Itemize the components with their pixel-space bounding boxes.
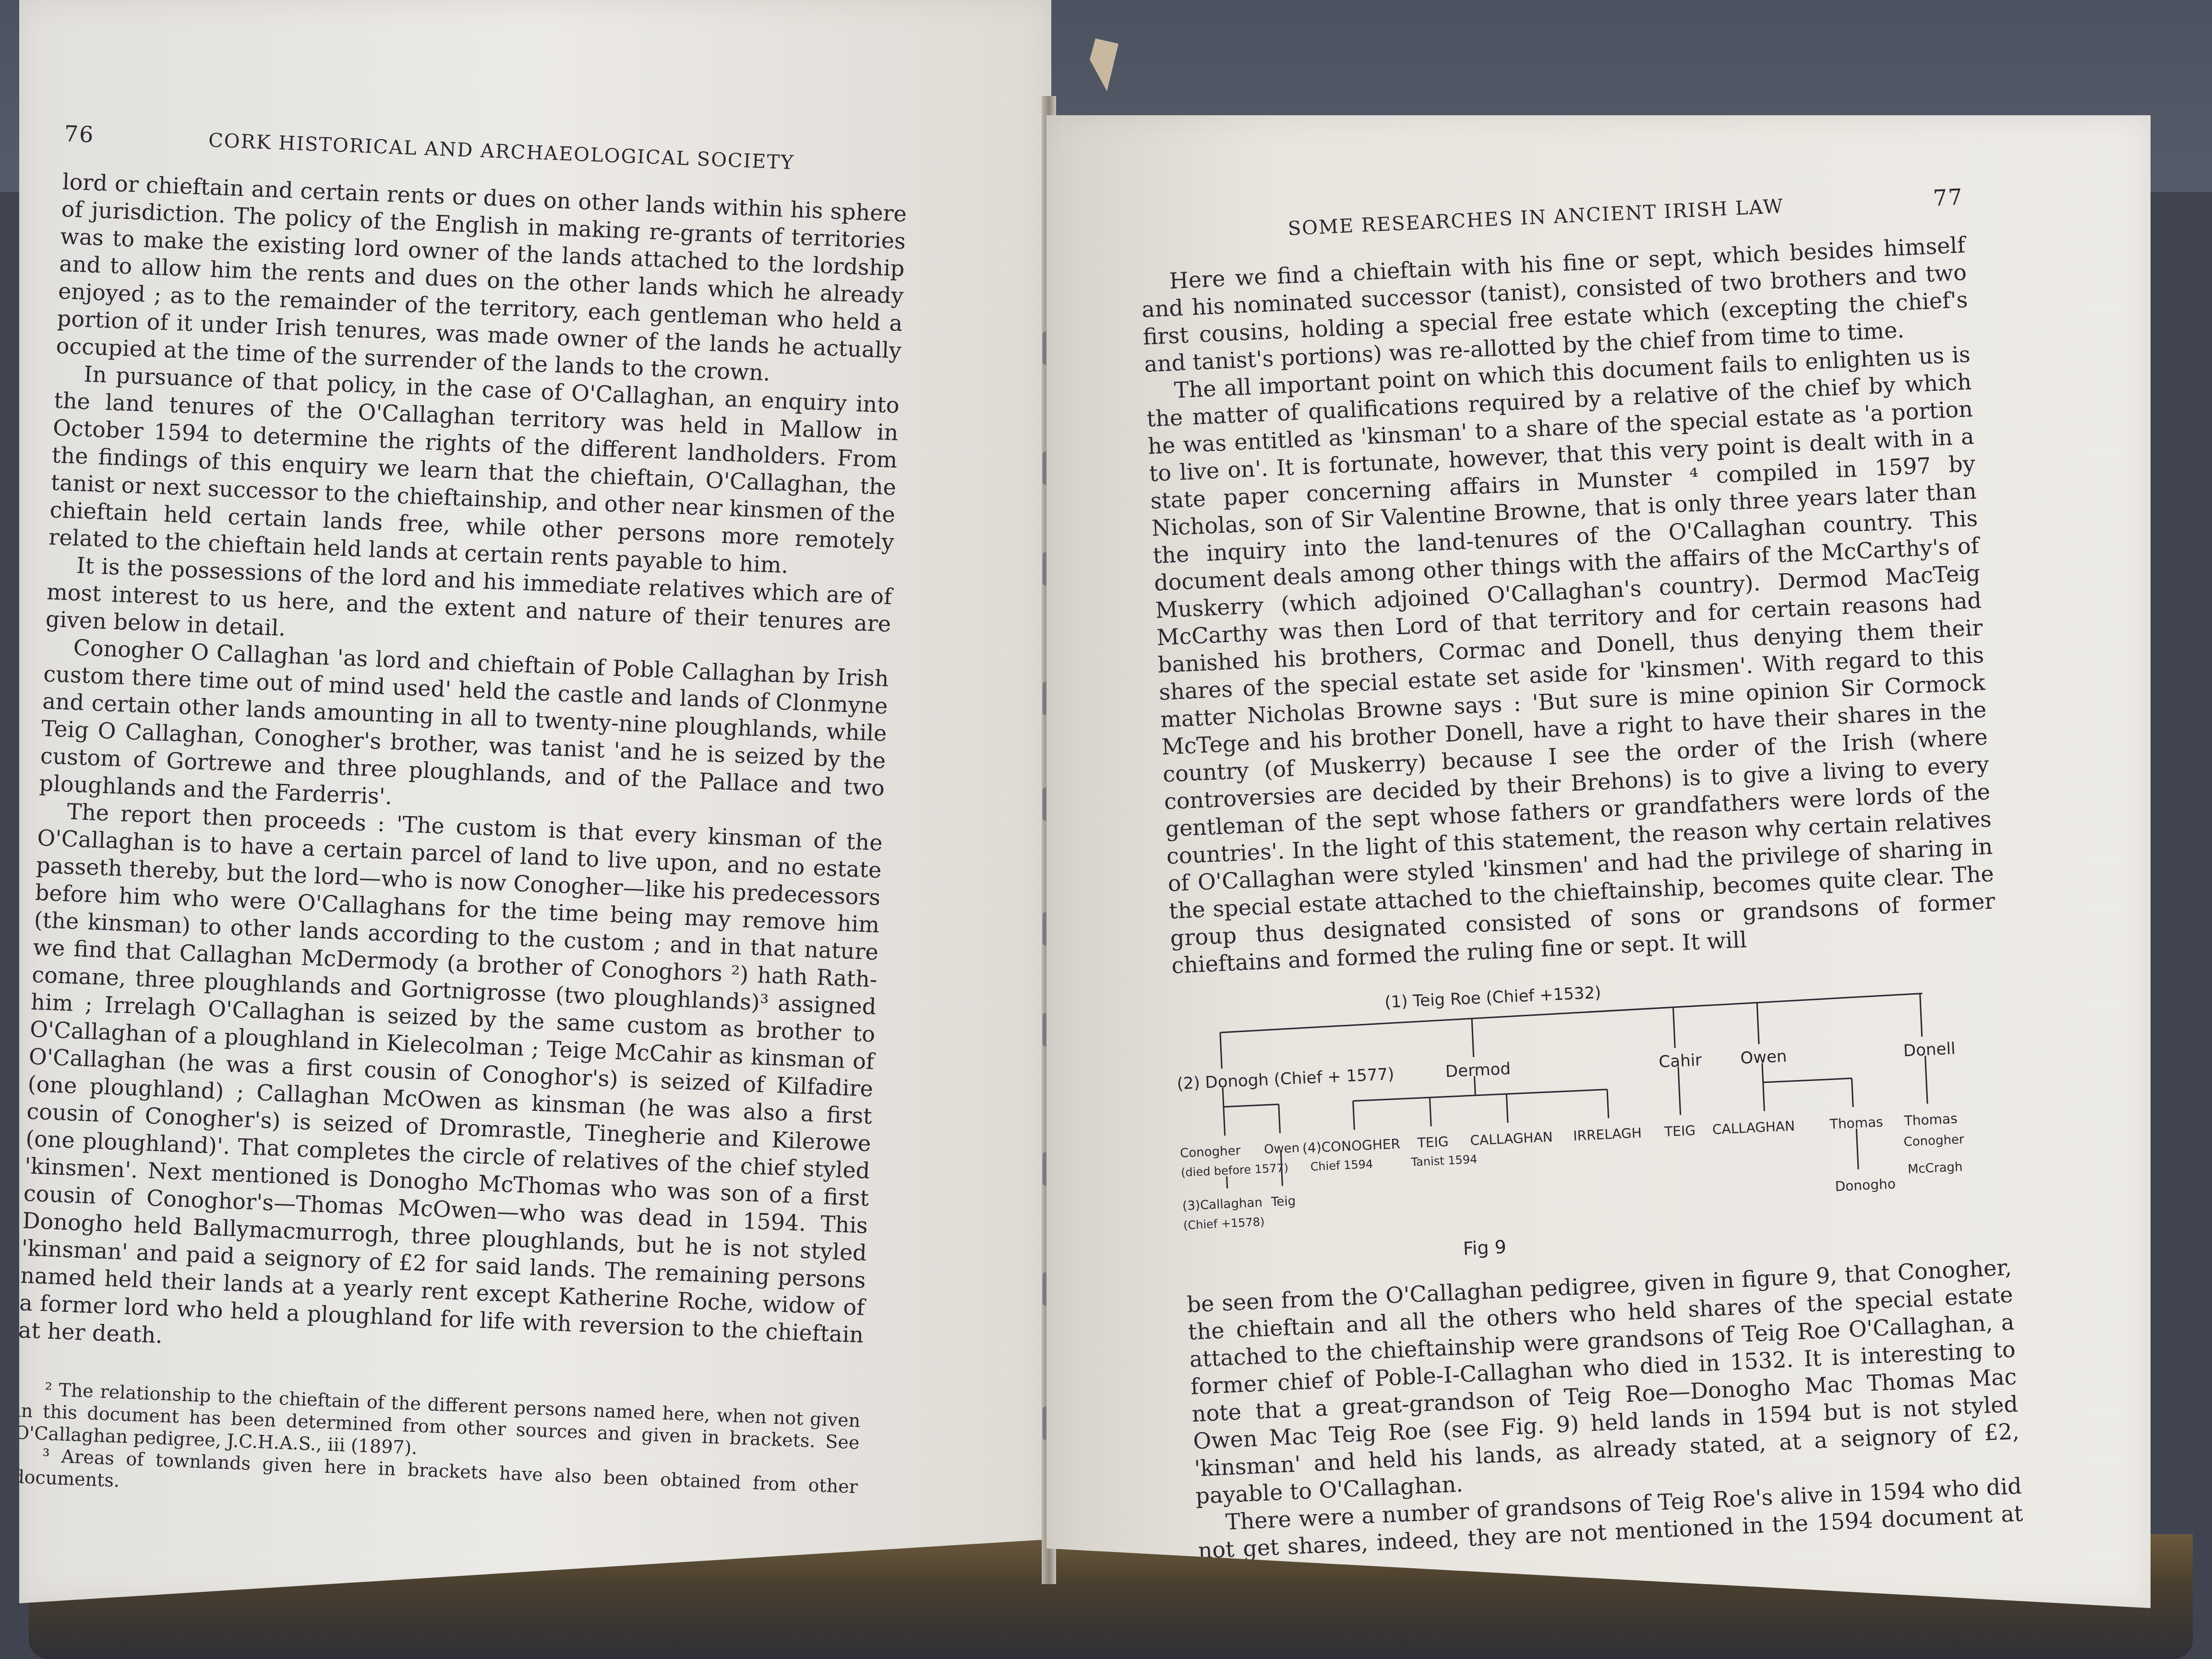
running-head-title: CORK HISTORICAL AND ARCHAEOLOGICAL SOCIE… <box>208 127 794 177</box>
pedigree-note: Tanist 1594 <box>1410 1146 1478 1176</box>
running-head-left: 76 CORK HISTORICAL AND ARCHAEOLOGICAL SO… <box>64 120 909 181</box>
pedigree-note: (Chief +1578) <box>1183 1208 1265 1239</box>
pedigree-node: Owen <box>1263 1135 1300 1164</box>
paragraph: The report then proceeds : 'The custom i… <box>18 797 883 1376</box>
paragraph: The all important point on which this do… <box>1145 341 1997 980</box>
page-number: 76 <box>64 120 95 148</box>
pedigree-figure: (1) Teig Roe (Chief +1532) (2) Donogh (C… <box>1173 961 2020 1276</box>
pedigree-node: Thomas <box>1829 1108 1884 1138</box>
figure-caption: Fig 9 <box>1463 1233 1507 1262</box>
pedigree-note: Chief 1594 <box>1310 1151 1373 1181</box>
paragraph: lord or chieftain and certain rents or d… <box>56 168 907 392</box>
paragraph: Conogher O Callaghan 'as lord and chieft… <box>39 633 890 829</box>
pedigree-node: Conogher McCragh <box>1902 1126 1967 1184</box>
pedigree-node: CALLAGHAN <box>1712 1112 1795 1143</box>
pedigree-node: IRRELAGH <box>1573 1119 1642 1149</box>
pedigree-node: Cahir <box>1658 1047 1702 1076</box>
page-number: 77 <box>1933 183 1964 212</box>
left-page: 76 CORK HISTORICAL AND ARCHAEOLOGICAL SO… <box>19 0 1051 1603</box>
left-page-content: 76 CORK HISTORICAL AND ARCHAEOLOGICAL SO… <box>12 120 909 1520</box>
pedigree-node: Donell <box>1903 1035 1956 1065</box>
pedigree-node: Dermod <box>1445 1056 1511 1086</box>
paragraph: be seen from the O'Callaghan pedigree, g… <box>1186 1254 2021 1510</box>
pedigree-node: TEIG <box>1664 1117 1696 1145</box>
pedigree-node: Teig <box>1271 1188 1297 1216</box>
paragraph: In pursuance of that policy, in the case… <box>48 360 900 583</box>
right-page-content: SOME RESEARCHES IN ANCIENT IRISH LAW 77 … <box>1138 183 2027 1647</box>
pedigree-node: Donogho <box>1834 1170 1896 1200</box>
running-head-title: SOME RESEARCHES IN ANCIENT IRISH LAW <box>1287 193 1784 243</box>
footnotes: ² The relationship to the chieftain of t… <box>12 1377 861 1520</box>
right-page: SOME RESEARCHES IN ANCIENT IRISH LAW 77 … <box>1046 115 2151 1608</box>
pedigree-node: CALLAGHAN <box>1469 1123 1553 1154</box>
pedigree-node: Owen <box>1740 1043 1788 1072</box>
